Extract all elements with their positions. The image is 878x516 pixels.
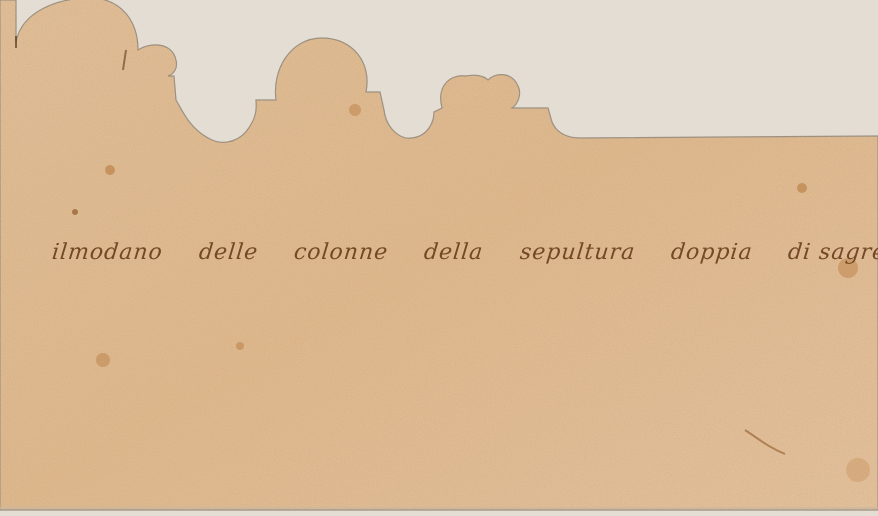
inscription-word: delle	[197, 240, 259, 265]
manuscript-photo: ilmodano delle colonne della sepultura d…	[0, 0, 878, 516]
inscription-word: ilmodano	[51, 240, 164, 265]
inscription-word: sepultura	[518, 240, 636, 265]
inscription-word: di sagrestia	[787, 240, 878, 265]
inscription-word: colonne	[293, 240, 390, 265]
inscription-word: della	[423, 240, 485, 265]
handwritten-inscription: ilmodano delle colonne della sepultura d…	[52, 240, 878, 290]
inscription-word: doppia	[669, 240, 753, 265]
